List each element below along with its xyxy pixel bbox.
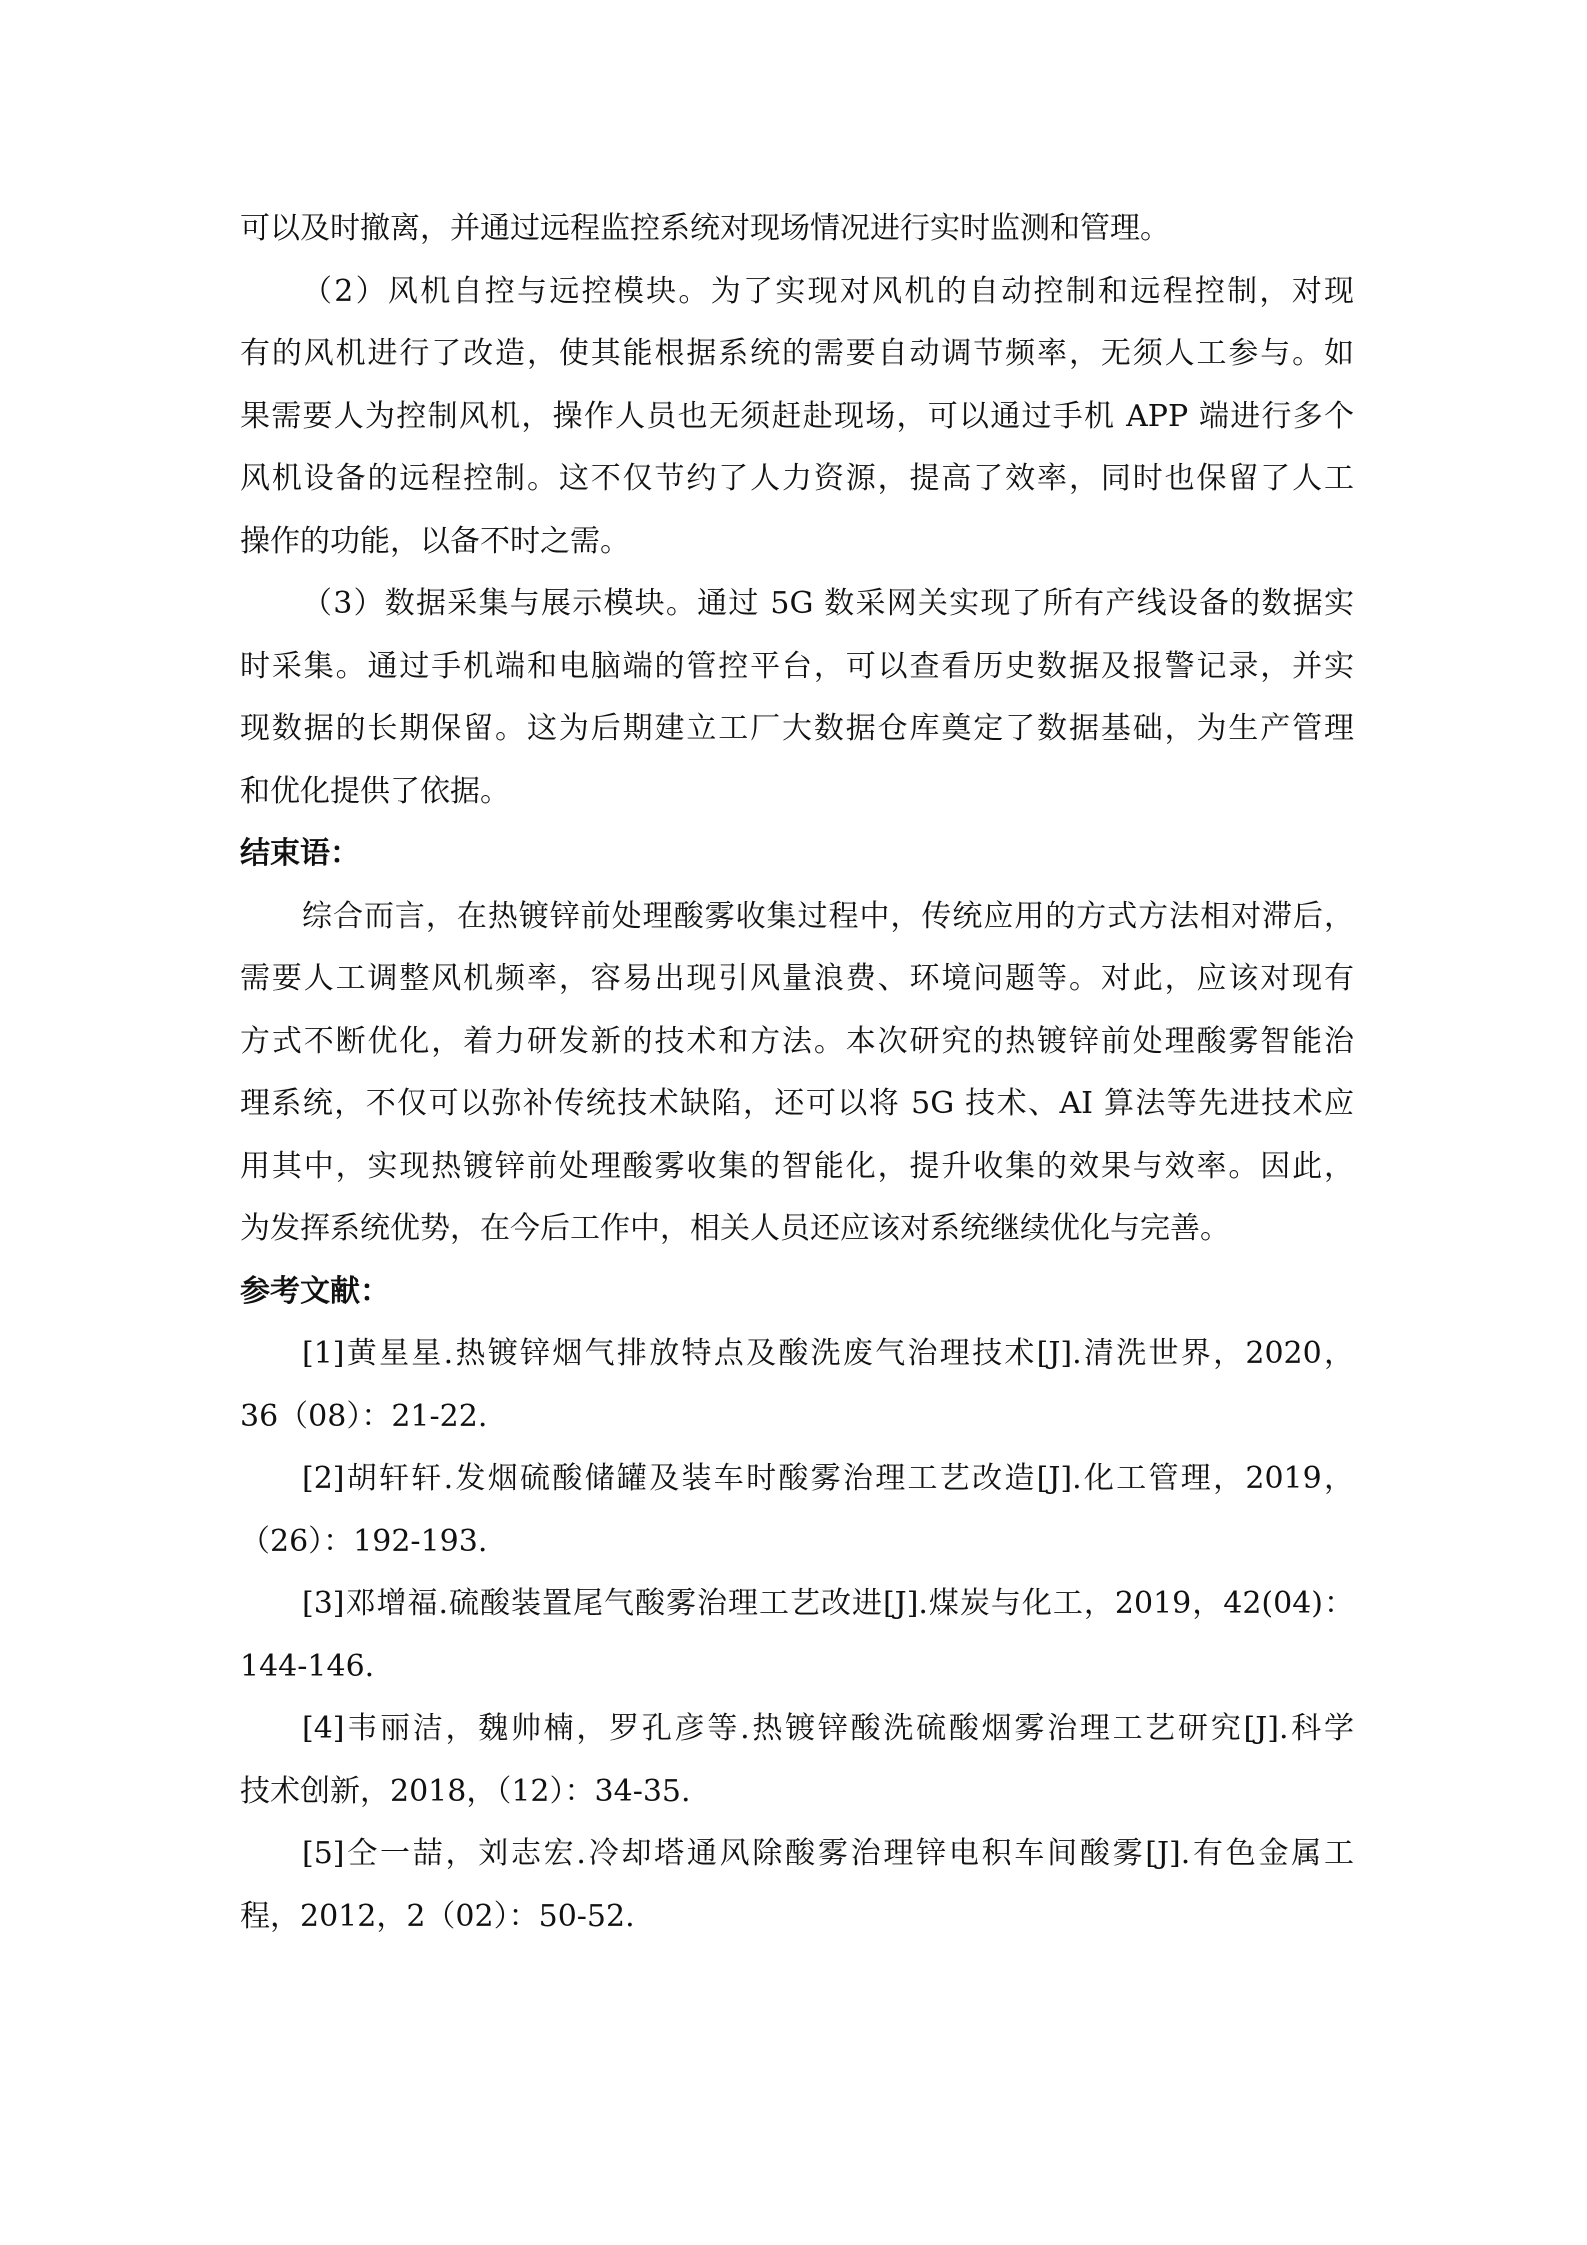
reference-item: [3]邓增福.硫酸装置尾气酸雾治理工艺改进[J].煤炭与化工，2019，42(0… xyxy=(240,1573,1354,1698)
conclusion-paragraph: 综合而言，在热镀锌前处理酸雾收集过程中，传统应用的方式方法相对滞后， 需要人工调… xyxy=(240,886,1354,1261)
references-heading: 参考文献： xyxy=(240,1261,1354,1324)
text-line: 综合而言，在热镀锌前处理酸雾收集过程中，传统应用的方式方法相对滞后， xyxy=(240,886,1354,949)
reference-line: 144-146. xyxy=(240,1636,1354,1699)
reference-line: （26）：192-193. xyxy=(240,1511,1354,1574)
references-list: [1]黄星星.热镀锌烟气排放特点及酸洗废气治理技术[J].清洗世界，2020， … xyxy=(240,1323,1354,1948)
text-line: 理系统，不仅可以弥补传统技术缺陷，还可以将 5G 技术、AI 算法等先进技术应 xyxy=(240,1073,1354,1136)
reference-line: [1]黄星星.热镀锌烟气排放特点及酸洗废气治理技术[J].清洗世界，2020， xyxy=(240,1323,1354,1386)
text-line: 用其中，实现热镀锌前处理酸雾收集的智能化，提升收集的效果与效率。因此， xyxy=(240,1136,1354,1199)
text-line: 果需要人为控制风机，操作人员也无须赶赴现场，可以通过手机 APP 端进行多个 xyxy=(240,386,1354,449)
text-line: 方式不断优化，着力研发新的技术和方法。本次研究的热镀锌前处理酸雾智能治 xyxy=(240,1011,1354,1074)
module-3-paragraph: （3）数据采集与展示模块。通过 5G 数采网关实现了所有产线设备的数据实 时采集… xyxy=(240,573,1354,823)
text-line: 时采集。通过手机端和电脑端的管控平台，可以查看历史数据及报警记录，并实 xyxy=(240,636,1354,699)
text-line: 有的风机进行了改造，使其能根据系统的需要自动调节频率，无须人工参与。如 xyxy=(240,323,1354,386)
reference-line: 技术创新，2018，（12）：34-35. xyxy=(240,1761,1354,1824)
intro-paragraph-tail: 可以及时撤离，并通过远程监控系统对现场情况进行实时监测和管理。 xyxy=(240,198,1354,261)
reference-line: [3]邓增福.硫酸装置尾气酸雾治理工艺改进[J].煤炭与化工，2019，42(0… xyxy=(240,1573,1354,1636)
reference-item: [5]仝一喆，刘志宏.冷却塔通风除酸雾治理锌电积车间酸雾[J].有色金属工 程，… xyxy=(240,1823,1354,1948)
reference-item: [1]黄星星.热镀锌烟气排放特点及酸洗废气治理技术[J].清洗世界，2020， … xyxy=(240,1323,1354,1448)
text-line: 现数据的长期保留。这为后期建立工厂大数据仓库奠定了数据基础，为生产管理 xyxy=(240,698,1354,761)
text-line: 可以及时撤离，并通过远程监控系统对现场情况进行实时监测和管理。 xyxy=(240,198,1354,261)
reference-line: [5]仝一喆，刘志宏.冷却塔通风除酸雾治理锌电积车间酸雾[J].有色金属工 xyxy=(240,1823,1354,1886)
conclusion-heading: 结束语： xyxy=(240,823,1354,886)
text-line: （2）风机自控与远控模块。为了实现对风机的自动控制和远程控制，对现 xyxy=(240,261,1354,324)
reference-item: [2]胡轩轩.发烟硫酸储罐及装车时酸雾治理工艺改造[J].化工管理，2019， … xyxy=(240,1448,1354,1573)
document-page: 可以及时撤离，并通过远程监控系统对现场情况进行实时监测和管理。 （2）风机自控与… xyxy=(240,198,1354,1948)
text-line: 风机设备的远程控制。这不仅节约了人力资源，提高了效率，同时也保留了人工 xyxy=(240,448,1354,511)
reference-line: [2]胡轩轩.发烟硫酸储罐及装车时酸雾治理工艺改造[J].化工管理，2019， xyxy=(240,1448,1354,1511)
text-line: 需要人工调整风机频率，容易出现引风量浪费、环境问题等。对此，应该对现有 xyxy=(240,948,1354,1011)
module-2-paragraph: （2）风机自控与远控模块。为了实现对风机的自动控制和远程控制，对现 有的风机进行… xyxy=(240,261,1354,574)
reference-line: 36（08）：21-22. xyxy=(240,1386,1354,1449)
text-line: （3）数据采集与展示模块。通过 5G 数采网关实现了所有产线设备的数据实 xyxy=(240,573,1354,636)
reference-line: 程，2012，2（02）：50-52. xyxy=(240,1886,1354,1949)
reference-item: [4]韦丽洁，魏帅楠，罗孔彦等.热镀锌酸洗硫酸烟雾治理工艺研究[J].科学 技术… xyxy=(240,1698,1354,1823)
text-line: 和优化提供了依据。 xyxy=(240,761,1354,824)
text-line: 为发挥系统优势，在今后工作中，相关人员还应该对系统继续优化与完善。 xyxy=(240,1198,1354,1261)
text-line: 操作的功能，以备不时之需。 xyxy=(240,511,1354,574)
reference-line: [4]韦丽洁，魏帅楠，罗孔彦等.热镀锌酸洗硫酸烟雾治理工艺研究[J].科学 xyxy=(240,1698,1354,1761)
